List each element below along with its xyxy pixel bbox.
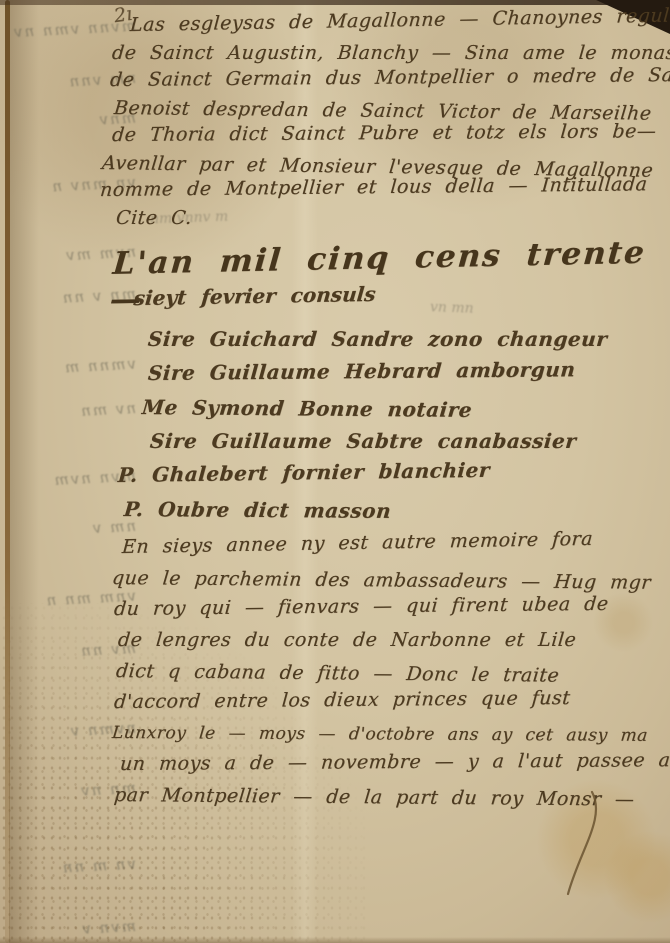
bleedthrough-mark: nv mn bbox=[22, 399, 137, 423]
date-line: sieyt fevrier consuls bbox=[133, 282, 377, 310]
manuscript-line: de lengres du conte de Narbonne et Lile bbox=[117, 625, 659, 656]
manuscript-line: un moys a de — novembre — y a l'aut pass… bbox=[119, 745, 659, 780]
manuscript-line: de Sainct Germain dus Montpellier o medr… bbox=[109, 62, 662, 94]
manuscript-line: En sieys annee ny est autre memoire fora bbox=[121, 523, 659, 563]
bleedthrough-mark: vn m nn bbox=[8, 855, 137, 880]
manuscript-line: du roy qui — fienvars — qui firent ubea … bbox=[113, 588, 659, 625]
bleedthrough-mark: vmnn m bbox=[8, 355, 137, 380]
name-line: Sire Guichard Sandre zono changeur bbox=[147, 322, 630, 356]
intro-section: Las esgleysas de Magallonne — Chanoynes … bbox=[100, 12, 660, 232]
manuscript-line: de Thoria dict Sainct Pubre et totz els … bbox=[111, 118, 662, 149]
manuscript-line: Cite C. bbox=[115, 205, 661, 233]
manuscript-line: d'accord entre los dieux princes que fus… bbox=[113, 682, 659, 718]
bleedthrough-mark: mvn v bbox=[22, 917, 137, 941]
name-line: P. Ghalebert fornier blanchier bbox=[117, 451, 630, 492]
pen-flourish bbox=[540, 790, 620, 900]
manuscript-line: Las esgleysas de Magallonne — Chanoynes … bbox=[129, 3, 662, 40]
name-line: Sire Guillaume Hebrard amborgun bbox=[147, 352, 630, 390]
name-line: Me Symond Bonne notaire bbox=[140, 390, 629, 428]
names-section: Sire Guichard Sandre zono changeurSire G… bbox=[148, 322, 628, 526]
manuscript-page: mvnn vmn nvnm vnnmnvvn mnv nnvm mvmn v n… bbox=[0, 0, 670, 943]
body-section: En sieys annee ny est autre memoire fora… bbox=[112, 532, 657, 811]
manuscript-line: nomme de Montpellier et lous della — Int… bbox=[99, 171, 662, 204]
